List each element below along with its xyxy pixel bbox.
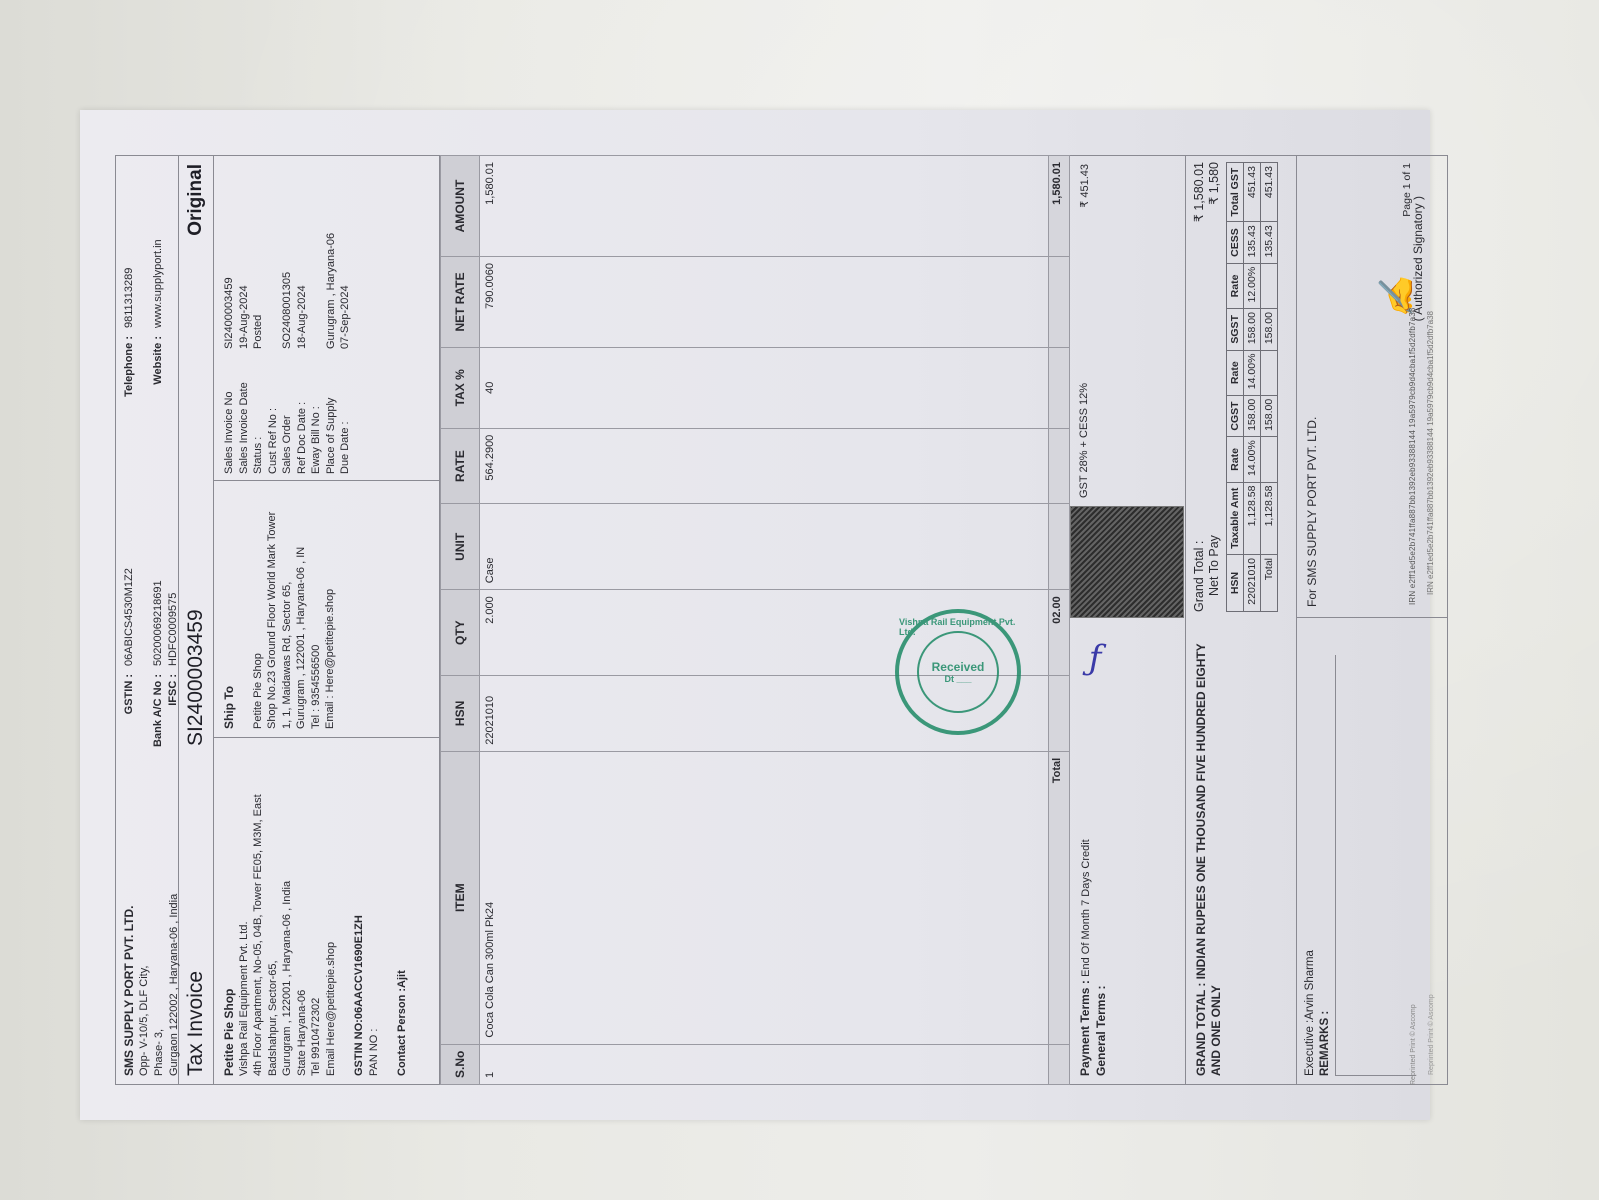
ship-to-name: Petite Pie Shop [251, 489, 266, 729]
payment-terms-label: Payment Terms : [1078, 980, 1092, 1076]
items-header-row: S.No ITEM HSN QTY UNIT RATE TAX % NET RA… [441, 156, 480, 1085]
col-amount: AMOUNT [441, 156, 480, 257]
irn-number-faint: IRN e2ff1ed5e2b741ffa887bb1392eb93388144… [1426, 311, 1435, 595]
tax-amount: ₹ 451.43 [1078, 164, 1177, 208]
bill-to-line: Vishpa Rail Equipment Pvt. Ltd. [237, 746, 252, 1076]
ifsc-value: HDFC0009575 [166, 593, 181, 666]
meta-row: Eway Bill No : [309, 162, 324, 474]
bill-to-line: Gurugram , 122001 , Haryana-06 , India [280, 746, 295, 1076]
bank-label: Bank A/C No : [151, 666, 166, 764]
net-to-pay-value: ₹ 1,580 [1207, 162, 1222, 205]
col-rate: RATE [441, 428, 480, 504]
company-address-1: Opp- V-10/5, DLF City, [137, 776, 152, 1076]
company-tax-bank: GSTIN :06ABICS4530M1Z2 Bank A/C No :5020… [116, 430, 178, 768]
col-tax: TAX % [441, 347, 480, 428]
company-address-2: Phase- 3, [152, 776, 167, 1076]
bill-to-pan: PAN NO : [367, 746, 382, 1076]
bill-to-contact: Contact Person :Ajit [395, 746, 410, 1076]
stamp-ring-text: Vishpa Rail Equipment Pvt. Ltd. [899, 617, 1017, 637]
ship-to: Ship To Petite Pie Shop Shop No.23 Groun… [214, 480, 439, 737]
footer-section: Executive :Arvin Sharma REMARKS : For SM… [1297, 155, 1448, 1085]
total-label: Total [1049, 751, 1070, 1044]
title-row: Tax Invoice SI2400003459 Original [179, 155, 214, 1085]
meta-row: Place of SupplyGurugram , Haryana-06 [324, 162, 339, 474]
parties-section: Petite Pie Shop Vishpa Rail Equipment Pv… [214, 155, 440, 1085]
gstin-label: GSTIN : [122, 666, 137, 764]
col-unit: UNIT [441, 504, 480, 590]
company-header: SMS SUPPLY PORT PVT. LTD. Opp- V-10/5, D… [115, 155, 179, 1085]
bill-to: Petite Pie Shop Vishpa Rail Equipment Pv… [214, 737, 439, 1084]
executive-name: Executive :Arvin Sharma [1303, 626, 1318, 1076]
website-value: www.supplyport.in [151, 239, 166, 328]
invoice-meta: Sales Invoice NoSI2400003459 Sales Invoi… [214, 156, 439, 480]
cell-item: Coca Cola Can 300ml Pk24 [480, 751, 1049, 1044]
ship-to-line: Gurugram , 122001 , Haryana-06 , IN [294, 489, 309, 729]
ship-to-heading: Ship To [222, 489, 237, 729]
meta-row: Status :Posted [251, 162, 266, 474]
for-company: For SMS SUPPLY PORT PVT. LTD. [1305, 166, 1319, 607]
cell-unit: Case [480, 504, 1049, 590]
meta-row: Ref Doc Date :18-Aug-2024 [295, 162, 310, 474]
executive-block: Executive :Arvin Sharma REMARKS : [1297, 618, 1447, 1084]
ship-to-line: Tel : 9354556500 [309, 489, 324, 729]
invoice-document: SMS SUPPLY PORT PVT. LTD. Opp- V-10/5, D… [115, 155, 1395, 1085]
remarks-box [1335, 655, 1416, 1076]
meta-row: Due Date :07-Sep-2024 [338, 162, 353, 474]
received-stamp: Vishpa Rail Equipment Pvt. Ltd. Received… [895, 609, 1021, 735]
printed-by-faint: Reprinted Print © Ascomp [1428, 994, 1435, 1075]
general-terms-label: General Terms : [1094, 986, 1108, 1076]
meta-row: Cust Ref No : [266, 162, 281, 474]
bill-to-gstin: GSTIN NO:06AACCV1690E1ZH [352, 746, 367, 1076]
terms-block: Payment Terms : End Of Month 7 Days Cred… [1070, 618, 1185, 1084]
grand-total-section: GRAND TOTAL : INDIAN RUPEES ONE THOUSAND… [1186, 155, 1297, 1085]
col-sno: S.No [441, 1044, 480, 1084]
net-to-pay-label: Net To Pay [1207, 535, 1222, 612]
ifsc-label: IFSC : [166, 666, 181, 764]
bill-to-line: Email Here@petitepie.shop [324, 746, 339, 1076]
irn-number: IRN e2ff1ed5e2b741ffa887bb1392eb93388144… [1408, 307, 1417, 605]
company-address-3: Gurgaon 122002 , Haryana-06 , India [167, 776, 182, 1076]
bill-to-name: Petite Pie Shop [222, 746, 237, 1076]
bill-to-line: Badshahpur, Sector-65, [266, 746, 281, 1076]
grand-total-value: ₹ 1,580.01 [1192, 162, 1207, 222]
printed-by: Reprinted Print © Ascomp [1410, 1004, 1417, 1085]
total-qty: 02.00 [1049, 590, 1070, 676]
authorized-signatory-label: ( Authorized Signatory ) [1411, 196, 1425, 321]
tax-note: GST 28% + CESS 12% [1078, 383, 1177, 498]
bill-to-line: State Haryana-06 [295, 746, 310, 1076]
gstin-value: 06ABICS4530M1Z2 [122, 568, 137, 666]
terms-section: Payment Terms : End Of Month 7 Days Cred… [1070, 155, 1186, 1085]
telephone-value: 9811313289 [122, 268, 137, 328]
gst-header-row: HSN Taxable Amt Rate CGST Rate SGST Rate… [1227, 163, 1244, 612]
gst-row: 22021010 1,128.58 14.00% 158.00 14.00% 1… [1244, 163, 1261, 612]
website-label: Website : [151, 328, 166, 426]
bank-value: 50200069218691 [151, 580, 166, 666]
cell-sno: 1 [480, 1044, 1049, 1084]
company-contact: Telephone :9811313289 Website :www.suppl… [116, 156, 178, 430]
bill-to-line: 4th Floor Apartment, No-05, 04B, Tower F… [251, 746, 266, 1076]
stamp-center-text: Received [932, 660, 985, 674]
qr-code [1070, 506, 1184, 618]
col-net-rate: NET RATE [441, 257, 480, 348]
meta-row: Sales OrderSO2408001305 [280, 162, 295, 474]
remarks-label: REMARKS : [1318, 626, 1333, 1076]
payment-terms-value: End Of Month 7 Days Credit [1080, 839, 1092, 977]
receiver-signature: ƒ [1089, 639, 1102, 679]
col-item: ITEM [441, 751, 480, 1044]
ship-to-line: Email : Here@petitepie.shop [323, 489, 338, 729]
document-type: Tax Invoice [184, 746, 208, 1084]
tax-summary: GST 28% + CESS 12% ₹ 451.43 [1070, 156, 1185, 506]
photographed-invoice: SMS SUPPLY PORT PVT. LTD. Opp- V-10/5, D… [80, 110, 1430, 1120]
col-qty: QTY [441, 590, 480, 676]
page-number: Page 1 of 1 [1401, 163, 1413, 217]
meta-row: Sales Invoice NoSI2400003459 [222, 162, 237, 474]
amount-in-words: GRAND TOTAL : INDIAN RUPEES ONE THOUSAND… [1186, 618, 1296, 1084]
cell-net-rate: 790.0060 [480, 257, 1049, 348]
cell-tax: 40 [480, 347, 1049, 428]
invoice-number-title: SI2400003459 [184, 326, 208, 746]
bill-to-line: Tel 9910472302 [309, 746, 324, 1076]
meta-row: Sales Invoice Date19-Aug-2024 [237, 162, 252, 474]
items-total-row: Total 02.00 1,580.01 [1049, 156, 1070, 1085]
company-block: SMS SUPPLY PORT PVT. LTD. Opp- V-10/5, D… [116, 768, 178, 1084]
signature-block: For SMS SUPPLY PORT PVT. LTD. ✍ ( Author… [1297, 156, 1447, 618]
ship-to-line: Shop No.23 Ground Floor World Mark Tower [265, 489, 280, 729]
gst-breakup-table: HSN Taxable Amt Rate CGST Rate SGST Rate… [1226, 162, 1278, 612]
grand-total-label: Grand Total : [1192, 541, 1207, 612]
ship-to-line: 1, 1, Maidawas Rd, Sector 65, [280, 489, 295, 729]
invoice-paper: SMS SUPPLY PORT PVT. LTD. Opp- V-10/5, D… [80, 110, 1430, 1120]
gst-total-row: Total 1,128.58 158.00 158.00 135.43 451.… [1261, 163, 1278, 612]
cell-rate: 564.2900 [480, 428, 1049, 504]
cell-amount: 1,580.01 [480, 156, 1049, 257]
copy-label: Original [185, 156, 207, 326]
company-name: SMS SUPPLY PORT PVT. LTD. [122, 776, 137, 1076]
total-amount: 1,580.01 [1049, 156, 1070, 257]
col-hsn: HSN [441, 676, 480, 752]
telephone-label: Telephone : [122, 328, 137, 426]
grand-totals: Grand Total :₹ 1,580.01 Net To Pay₹ 1,58… [1186, 156, 1296, 618]
